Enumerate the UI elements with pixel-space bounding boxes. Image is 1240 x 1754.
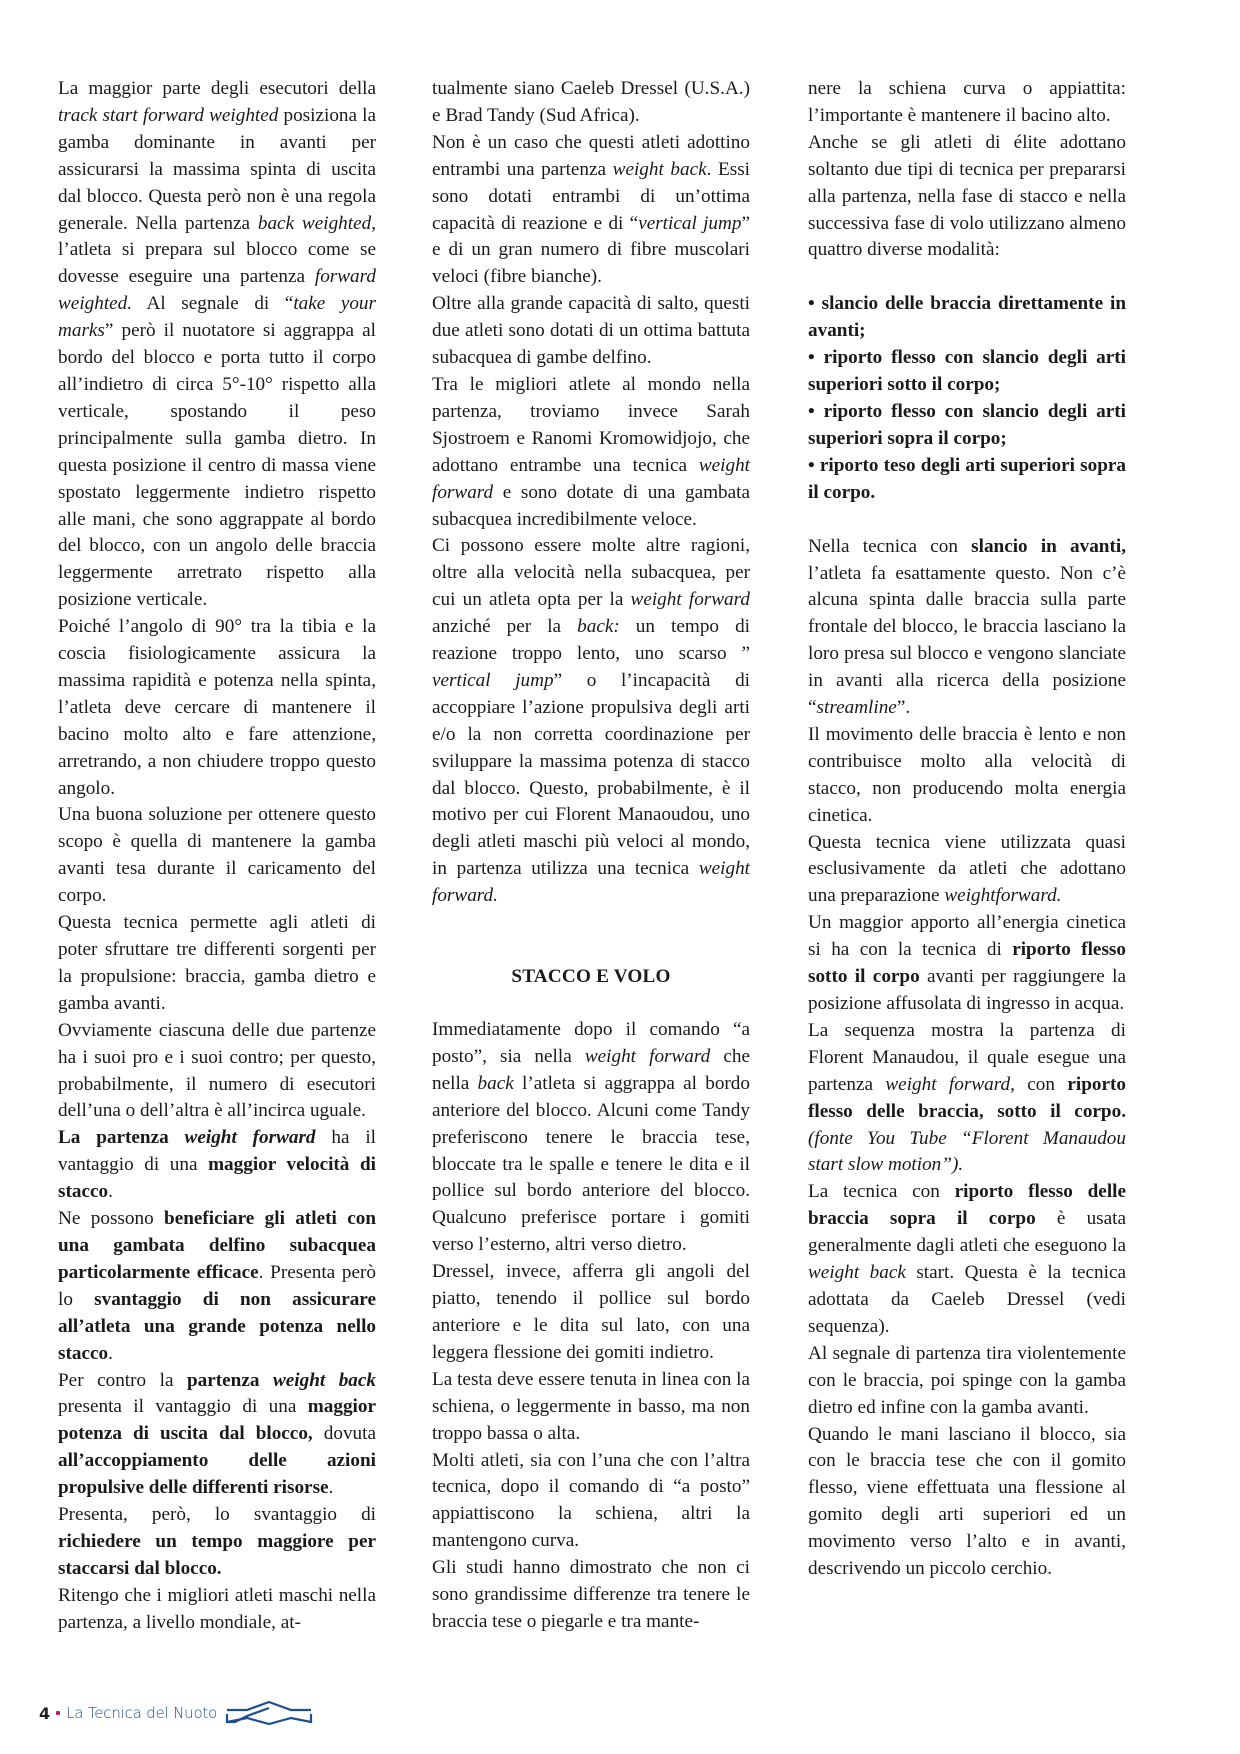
text-run: ” o l’incapacità di accoppiare l’azione … [432, 670, 750, 879]
text-run: Questa tecnica permette agli atleti di p… [58, 912, 376, 1014]
text-run: slancio in avanti, [971, 536, 1126, 557]
text-run: . [108, 1181, 113, 1202]
page-footer: 4 La Tecnica del Nuoto [39, 1700, 313, 1726]
text-run: Quando le mani lasciano il blocco, sia c… [808, 1424, 1126, 1580]
paragraph: Immediatamente dopo il comando “a posto”… [432, 1017, 750, 1259]
paragraph: Un maggior apporto all’energia cinetica … [808, 910, 1126, 1018]
text-run: La maggior parte degli esecutori della [58, 78, 376, 99]
paragraph: La sequenza mostra la partenza di Floren… [808, 1018, 1126, 1179]
text-column-1: La maggior parte degli esecutori della t… [58, 76, 376, 1637]
paragraph: Molti atleti, sia con l’una che con l’al… [432, 1448, 750, 1556]
text-run: Il movimento delle braccia è lento e non… [808, 724, 1126, 826]
paragraph: La partenza weight forward ha il vantagg… [58, 1125, 376, 1206]
text-run: Ovviamente ciascuna delle due partenze h… [58, 1020, 376, 1122]
text-run: Anche se gli atleti di élite adottano so… [808, 132, 1126, 261]
text-run: weight forward, [885, 1074, 1015, 1095]
text-run: weight forward [585, 1046, 710, 1067]
text-run: l’atleta fa esattamente questo. Non c’è … [808, 563, 1126, 719]
text-run: Molti atleti, sia con l’una che con l’al… [432, 1450, 750, 1552]
paragraph: Anche se gli atleti di élite adottano so… [808, 130, 1126, 265]
text-run: Al segnale di partenza tira violentement… [808, 1343, 1126, 1418]
text-run: Ne possono [58, 1208, 164, 1229]
text-run: vertical jump [432, 670, 554, 691]
text-run: Gli studi hanno dimostrato che non ci so… [432, 1557, 750, 1632]
separator-dot [56, 1711, 60, 1715]
paragraph: tualmente siano Caeleb Dressel (U.S.A.) … [432, 76, 750, 130]
paragraph: Dressel, invece, afferra gli angoli del … [432, 1259, 750, 1367]
document-page: La maggior parte degli esecutori della t… [0, 0, 1240, 1754]
text-run: richiedere un tempo maggiore per staccar… [58, 1531, 376, 1579]
paragraph: Gli studi hanno dimostrato che non ci so… [432, 1555, 750, 1636]
text-run: back: [577, 616, 620, 637]
text-run: Nella tecnica con [808, 536, 971, 557]
publication-title: La Tecnica del Nuoto [66, 1704, 217, 1722]
text-column-2: tualmente siano Caeleb Dressel (U.S.A.) … [432, 76, 750, 1636]
text-run: Per contro la [58, 1370, 187, 1391]
paragraph: Ne possono beneficiare gli atleti con un… [58, 1206, 376, 1367]
text-run: Poiché l’angolo di 90° tra la tibia e la… [58, 616, 376, 798]
list-item: • slancio delle braccia direttamente in … [808, 291, 1126, 345]
section-heading: STACCO E VOLO [432, 964, 750, 991]
paragraph: Poiché l’angolo di 90° tra la tibia e la… [58, 614, 376, 802]
text-run: weight forward [631, 589, 750, 610]
paragraph: Presenta, però, lo svantaggio di richied… [58, 1502, 376, 1583]
paragraph: La testa deve essere tenuta in linea con… [432, 1367, 750, 1448]
paragraph: Per contro la partenza weight back prese… [58, 1368, 376, 1503]
text-run: tualmente siano Caeleb Dressel (U.S.A.) … [432, 78, 750, 126]
paragraph: Tra le migliori atlete al mondo nella pa… [432, 372, 750, 533]
text-run: Dressel, invece, afferra gli angoli del … [432, 1261, 750, 1363]
text-column-3: nere la schiena curva o appiattita: l’im… [808, 76, 1126, 1583]
paragraph: nere la schiena curva o appiattita: l’im… [808, 76, 1126, 130]
paragraph: La maggior parte degli esecutori della t… [58, 76, 376, 614]
text-run: track start forward weighted [58, 105, 278, 126]
text-run: Al segnale di “ [132, 293, 293, 314]
text-run: La tecnica con [808, 1181, 955, 1202]
page-number: 4 [39, 1704, 50, 1723]
text-run: La partenza [58, 1127, 185, 1148]
text-run: ” però il nuotatore si aggrappa al bordo… [58, 320, 376, 610]
text-run: l’atleta si aggrappa al bordo anteriore … [432, 1073, 750, 1255]
text-run: weight back [808, 1262, 906, 1283]
paragraph: Il movimento delle braccia è lento e non… [808, 722, 1126, 830]
paragraph: Ovviamente ciascuna delle due partenze h… [58, 1018, 376, 1126]
text-run: . [108, 1343, 113, 1364]
text-run: back [478, 1073, 514, 1094]
text-run: streamline [817, 697, 897, 718]
text-run: weightforward. [944, 885, 1061, 906]
text-run: dovuta [313, 1423, 376, 1444]
list-item: • riporto flesso con slancio degli arti … [808, 345, 1126, 399]
text-run: vertical jump [638, 213, 741, 234]
text-run: partenza [187, 1370, 273, 1391]
paragraph: Questa tecnica permette agli atleti di p… [58, 910, 376, 1018]
list-item: • riporto flesso con slancio degli arti … [808, 399, 1126, 453]
paragraph: Una buona soluzione per ottenere questo … [58, 802, 376, 910]
text-run: presenta il vantaggio di una [58, 1396, 308, 1417]
text-run: con [1015, 1074, 1068, 1095]
text-run: weight back [273, 1370, 376, 1391]
text-run: back weighted [258, 213, 371, 234]
text-run: nere la schiena curva o appiattita: l’im… [808, 78, 1126, 126]
paragraph: Al segnale di partenza tira violentement… [808, 1341, 1126, 1422]
text-run: weight back [613, 159, 707, 180]
bullet-list: • slancio delle braccia direttamente in … [808, 291, 1126, 506]
waves-logo-icon [225, 1700, 313, 1726]
text-run: weight forward [185, 1127, 316, 1148]
text-run: La testa deve essere tenuta in linea con… [432, 1369, 750, 1444]
text-run: Ritengo che i migliori atleti maschi nel… [58, 1585, 376, 1633]
paragraph: Nella tecnica con slancio in avanti, l’a… [808, 534, 1126, 722]
text-run: (fonte You Tube “Florent Manaudou start … [808, 1128, 1126, 1176]
text-run: Una buona soluzione per ottenere questo … [58, 804, 376, 906]
text-run: Presenta, però, lo svantaggio di [58, 1504, 376, 1525]
text-run: svantaggio di non assicurare all’atleta … [58, 1289, 376, 1364]
text-run: ”. [897, 697, 910, 718]
paragraph: Ci possono essere molte altre ragioni, o… [432, 533, 750, 910]
paragraph: Quando le mani lasciano il blocco, sia c… [808, 1422, 1126, 1583]
text-run: Oltre alla grande capacità di salto, que… [432, 293, 750, 368]
list-item: • riporto teso degli arti superiori sopr… [808, 453, 1126, 507]
paragraph: Ritengo che i migliori atleti maschi nel… [58, 1583, 376, 1637]
paragraph: Questa tecnica viene utilizzata quasi es… [808, 830, 1126, 911]
paragraph: Non è un caso che questi atleti adottino… [432, 130, 750, 291]
text-run: anziché per la [432, 616, 577, 637]
paragraph: Oltre alla grande capacità di salto, que… [432, 291, 750, 372]
paragraph: La tecnica con riporto flesso delle brac… [808, 1179, 1126, 1340]
text-run: . [329, 1477, 334, 1498]
